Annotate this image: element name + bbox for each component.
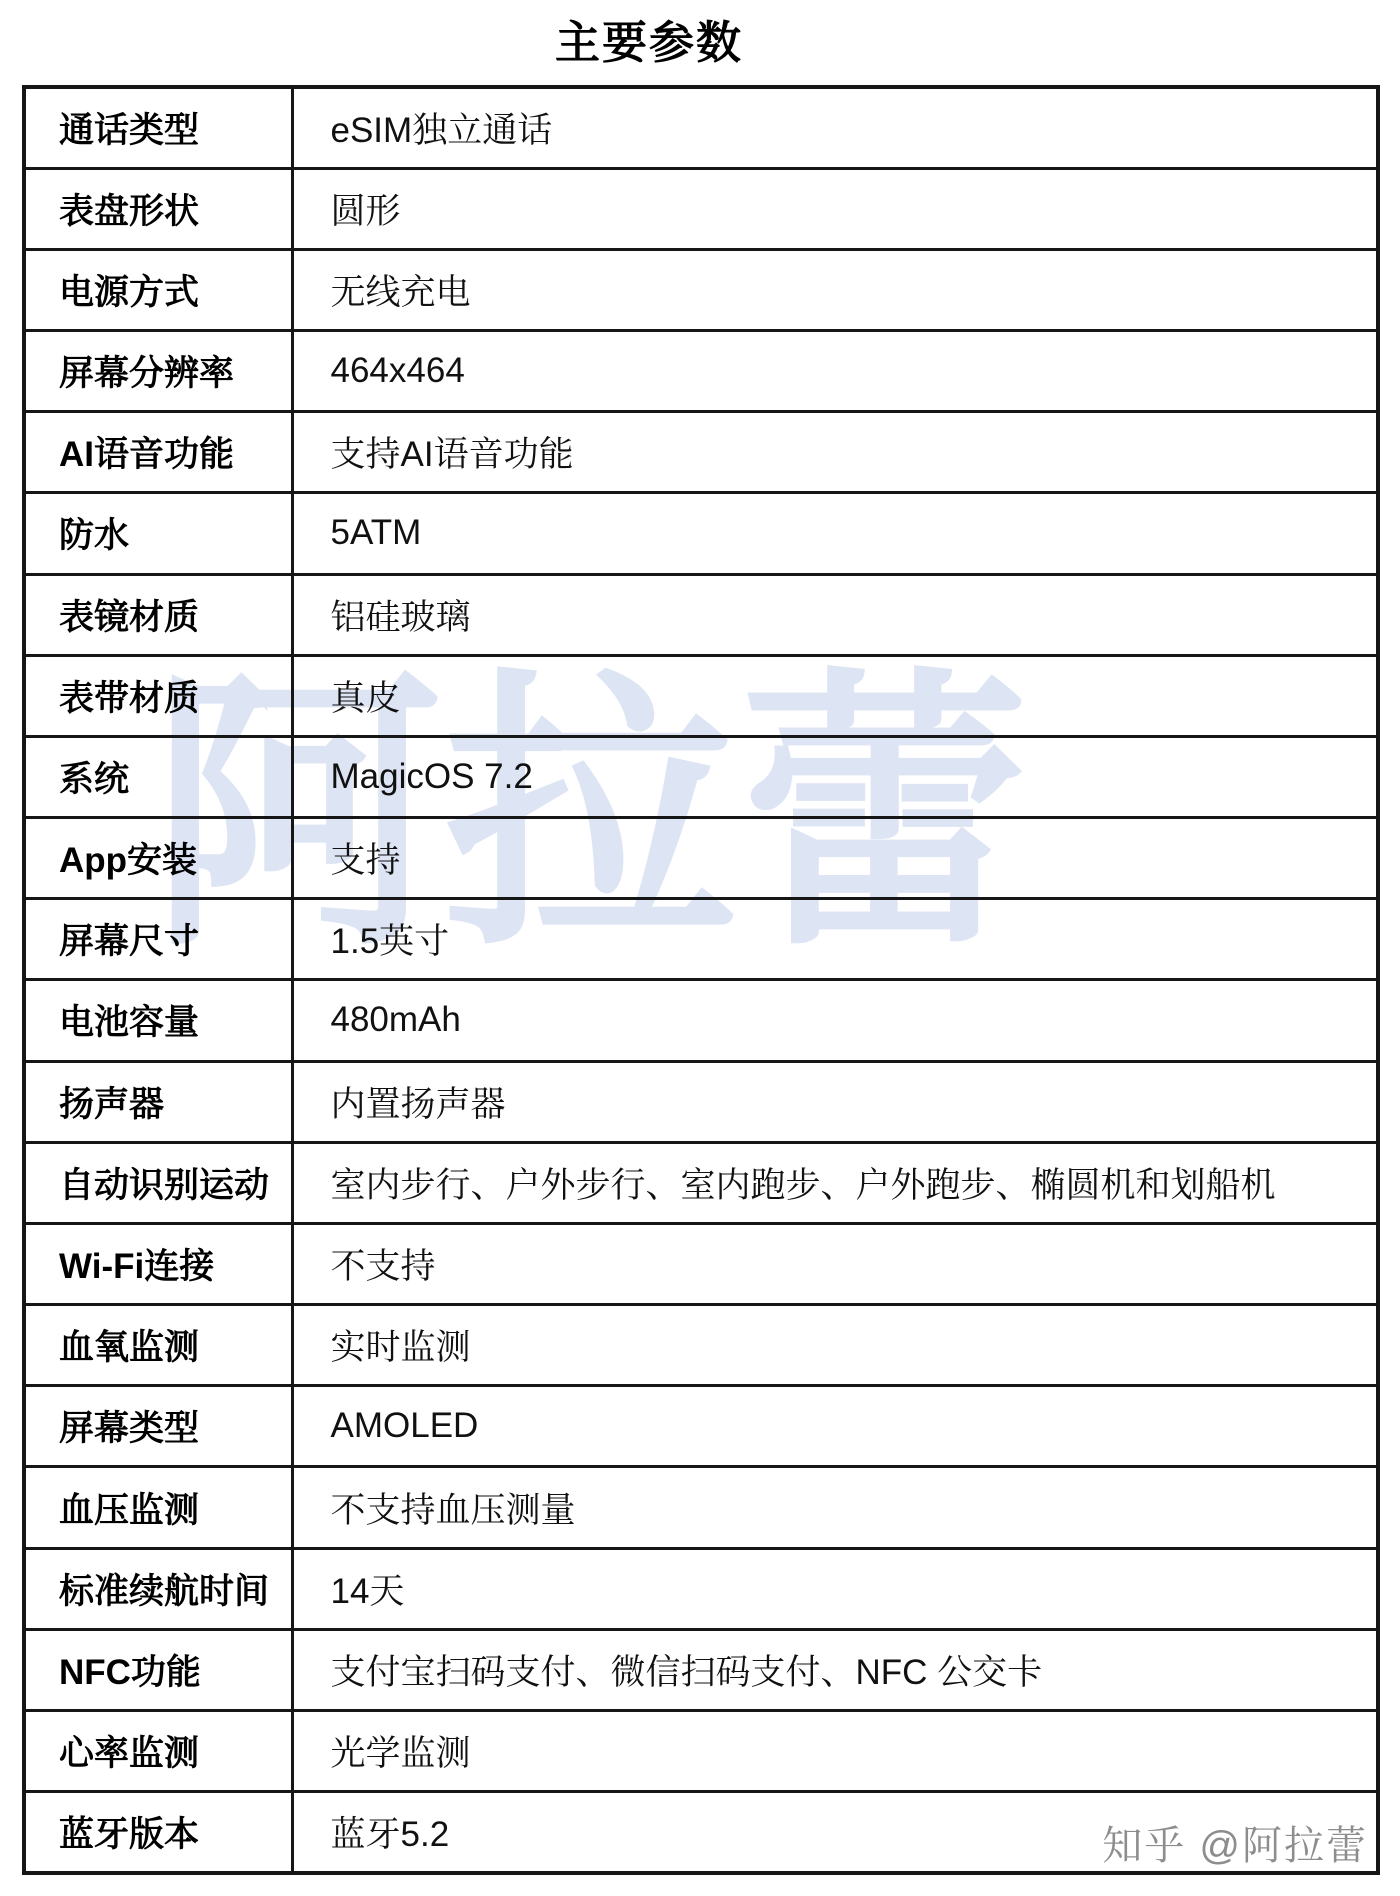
credit-watermark-text: 知乎 @阿拉蕾 [1102,1814,1368,1871]
table-row: 血氧监测实时监测 [24,1305,1378,1386]
table-row: 屏幕尺寸1.5英寸 [24,899,1378,980]
spec-label: 表带材质 [24,655,292,736]
table-row: NFC功能支付宝扫码支付、微信扫码支付、NFC 公交卡 [24,1629,1378,1710]
spec-label: 蓝牙版本 [24,1792,292,1873]
spec-value: AMOLED [292,1386,1378,1467]
spec-label: 电源方式 [24,249,292,330]
spec-value: 14天 [292,1548,1378,1629]
spec-label: 表盘形状 [24,168,292,249]
spec-value: 铝硅玻璃 [292,574,1378,655]
spec-value: 真皮 [292,655,1378,736]
table-row: Wi-Fi连接不支持 [24,1223,1378,1304]
spec-value: 光学监测 [292,1710,1378,1791]
spec-label: 血氧监测 [24,1305,292,1386]
spec-label: 电池容量 [24,980,292,1061]
table-row: 扬声器内置扬声器 [24,1061,1378,1142]
spec-value: 不支持血压测量 [292,1467,1378,1548]
spec-value: 实时监测 [292,1305,1378,1386]
spec-label: 自动识别运动 [24,1142,292,1223]
spec-value: 室内步行、户外步行、室内跑步、户外跑步、椭圆机和划船机 [292,1142,1378,1223]
spec-label: AI语音功能 [24,412,292,493]
spec-label: 防水 [24,493,292,574]
spec-value: 464x464 [292,331,1378,412]
spec-value: 支持AI语音功能 [292,412,1378,493]
table-row: 血压监测不支持血压测量 [24,1467,1378,1548]
table-row: 心率监测光学监测 [24,1710,1378,1791]
spec-value: 支持 [292,818,1378,899]
spec-value: 支付宝扫码支付、微信扫码支付、NFC 公交卡 [292,1629,1378,1710]
table-row: 表盘形状圆形 [24,168,1378,249]
spec-label: 屏幕类型 [24,1386,292,1467]
spec-label: 血压监测 [24,1467,292,1548]
table-row: 电池容量480mAh [24,980,1378,1061]
spec-value: 480mAh [292,980,1378,1061]
table-row: 表镜材质铝硅玻璃 [24,574,1378,655]
table-row: 电源方式无线充电 [24,249,1378,330]
spec-label: 屏幕尺寸 [24,899,292,980]
spec-label: 扬声器 [24,1061,292,1142]
spec-label: 标准续航时间 [24,1548,292,1629]
spec-value: 圆形 [292,168,1378,249]
spec-value: 5ATM [292,493,1378,574]
spec-label: 系统 [24,736,292,817]
spec-value: 1.5英寸 [292,899,1378,980]
spec-label: NFC功能 [24,1629,292,1710]
spec-value: MagicOS 7.2 [292,736,1378,817]
spec-label: 屏幕分辨率 [24,331,292,412]
table-row: 标准续航时间14天 [24,1548,1378,1629]
table-row: App安装支持 [24,818,1378,899]
spec-label: 通话类型 [24,87,292,168]
page-title: 主要参数 [0,6,1298,71]
spec-value: 不支持 [292,1223,1378,1304]
spec-label: Wi-Fi连接 [24,1223,292,1304]
table-row: 屏幕类型AMOLED [24,1386,1378,1467]
table-row: 自动识别运动室内步行、户外步行、室内跑步、户外跑步、椭圆机和划船机 [24,1142,1378,1223]
table-row: AI语音功能支持AI语音功能 [24,412,1378,493]
spec-label: 心率监测 [24,1710,292,1791]
spec-label: App安装 [24,818,292,899]
table-row: 表带材质真皮 [24,655,1378,736]
spec-table: 通话类型eSIM独立通话表盘形状圆形电源方式无线充电屏幕分辨率464x464AI… [22,85,1380,1875]
table-row: 屏幕分辨率464x464 [24,331,1378,412]
spec-value: 无线充电 [292,249,1378,330]
spec-value: 内置扬声器 [292,1061,1378,1142]
table-row: 防水5ATM [24,493,1378,574]
table-row: 通话类型eSIM独立通话 [24,87,1378,168]
table-row: 系统MagicOS 7.2 [24,736,1378,817]
spec-value: eSIM独立通话 [292,87,1378,168]
spec-table-body: 通话类型eSIM独立通话表盘形状圆形电源方式无线充电屏幕分辨率464x464AI… [24,87,1378,1873]
spec-label: 表镜材质 [24,574,292,655]
